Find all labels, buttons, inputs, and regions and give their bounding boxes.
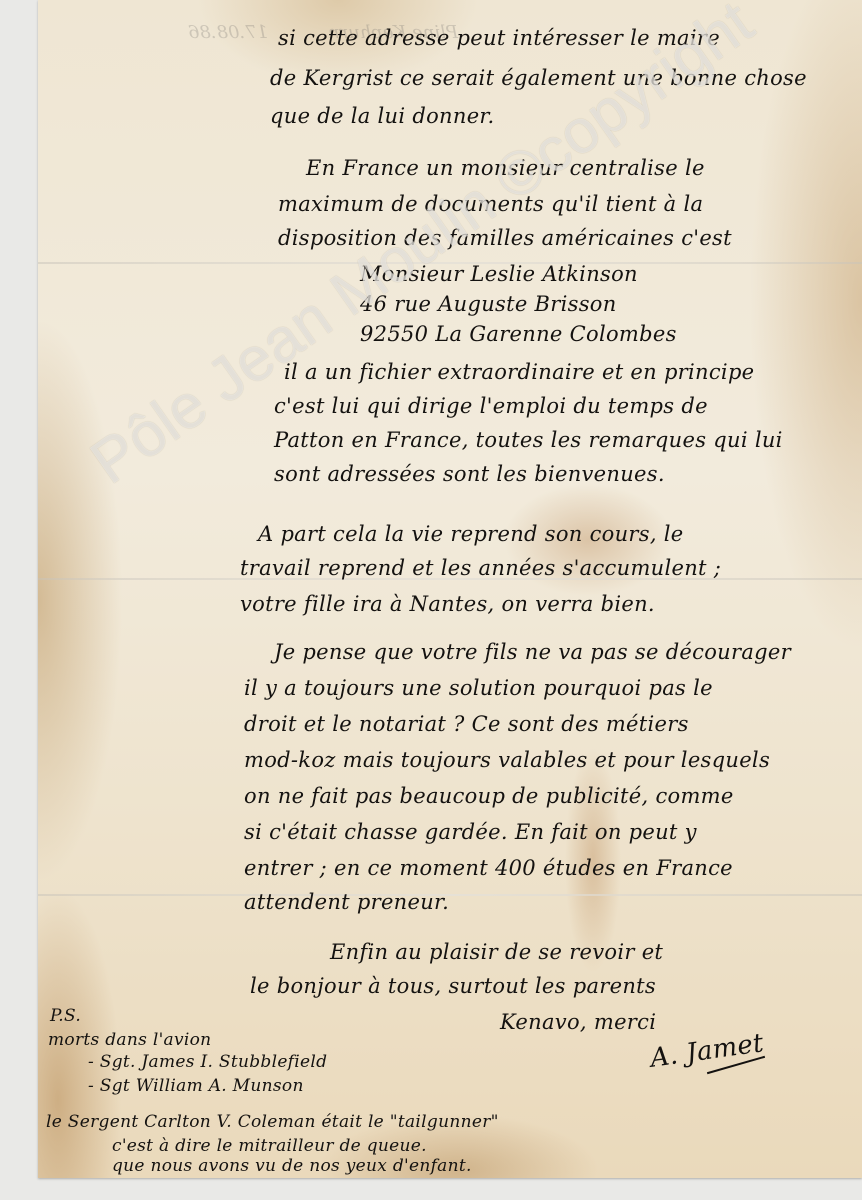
- ps-closing-line: le Sergent Carlton V. Coleman était le "…: [46, 1112, 499, 1132]
- text-line: Patton en France, toutes les remarques q…: [274, 428, 783, 452]
- text-line: Enfin au plaisir de se revoir et: [330, 940, 663, 964]
- text-line: mod-koz mais toujours valables et pour l…: [244, 748, 770, 772]
- text-line: il y a toujours une solution pourquoi pa…: [244, 676, 713, 700]
- ps-closing-line: que nous avons vu de nos yeux d'enfant.: [112, 1156, 472, 1176]
- text-line: travail reprend et les années s'accumule…: [240, 556, 721, 580]
- text-line: que de la lui donner.: [270, 104, 494, 128]
- text-line: Kenavo, merci: [500, 1010, 656, 1034]
- signature: A. Jamet: [648, 1028, 765, 1074]
- paper-fold: [38, 894, 862, 896]
- ps-name: - Sgt William A. Munson: [88, 1076, 304, 1096]
- text-line: disposition des familles américaines c'e…: [278, 226, 732, 250]
- address-line: 92550 La Garenne Colombes: [360, 322, 677, 346]
- text-line: sont adressées sont les bienvenues.: [274, 462, 665, 486]
- text-line: on ne fait pas beaucoup de publicité, co…: [244, 784, 734, 808]
- text-line: votre fille ira à Nantes, on verra bien.: [240, 592, 655, 616]
- ps-closing-line: c'est à dire le mitrailleur de queue.: [112, 1136, 427, 1156]
- text-line: il a un fichier extraordinaire et en pri…: [284, 360, 754, 384]
- text-line: le bonjour à tous, surtout les parents: [250, 974, 656, 998]
- text-line: A part cela la vie reprend son cours, le: [258, 522, 684, 546]
- text-line: droit et le notariat ? Ce sont des métie…: [244, 712, 689, 736]
- text-line: attendent preneur.: [244, 890, 449, 914]
- ps-name: - Sgt. James I. Stubblefield: [88, 1052, 327, 1072]
- text-line: Je pense que votre fils ne va pas se déc…: [274, 640, 791, 664]
- bleed-through-date: 17.08.86: [188, 22, 268, 43]
- ps-label: P.S.: [50, 1006, 81, 1026]
- text-line: entrer ; en ce moment 400 études en Fran…: [244, 856, 733, 880]
- letter-page: 17.08.86 Pline Kephurn si cette adresse …: [38, 0, 862, 1178]
- text-line: si c'était chasse gardée. En fait on peu…: [244, 820, 697, 844]
- ps-intro: morts dans l'avion: [48, 1030, 211, 1050]
- text-line: c'est lui qui dirige l'emploi du temps d…: [274, 394, 708, 418]
